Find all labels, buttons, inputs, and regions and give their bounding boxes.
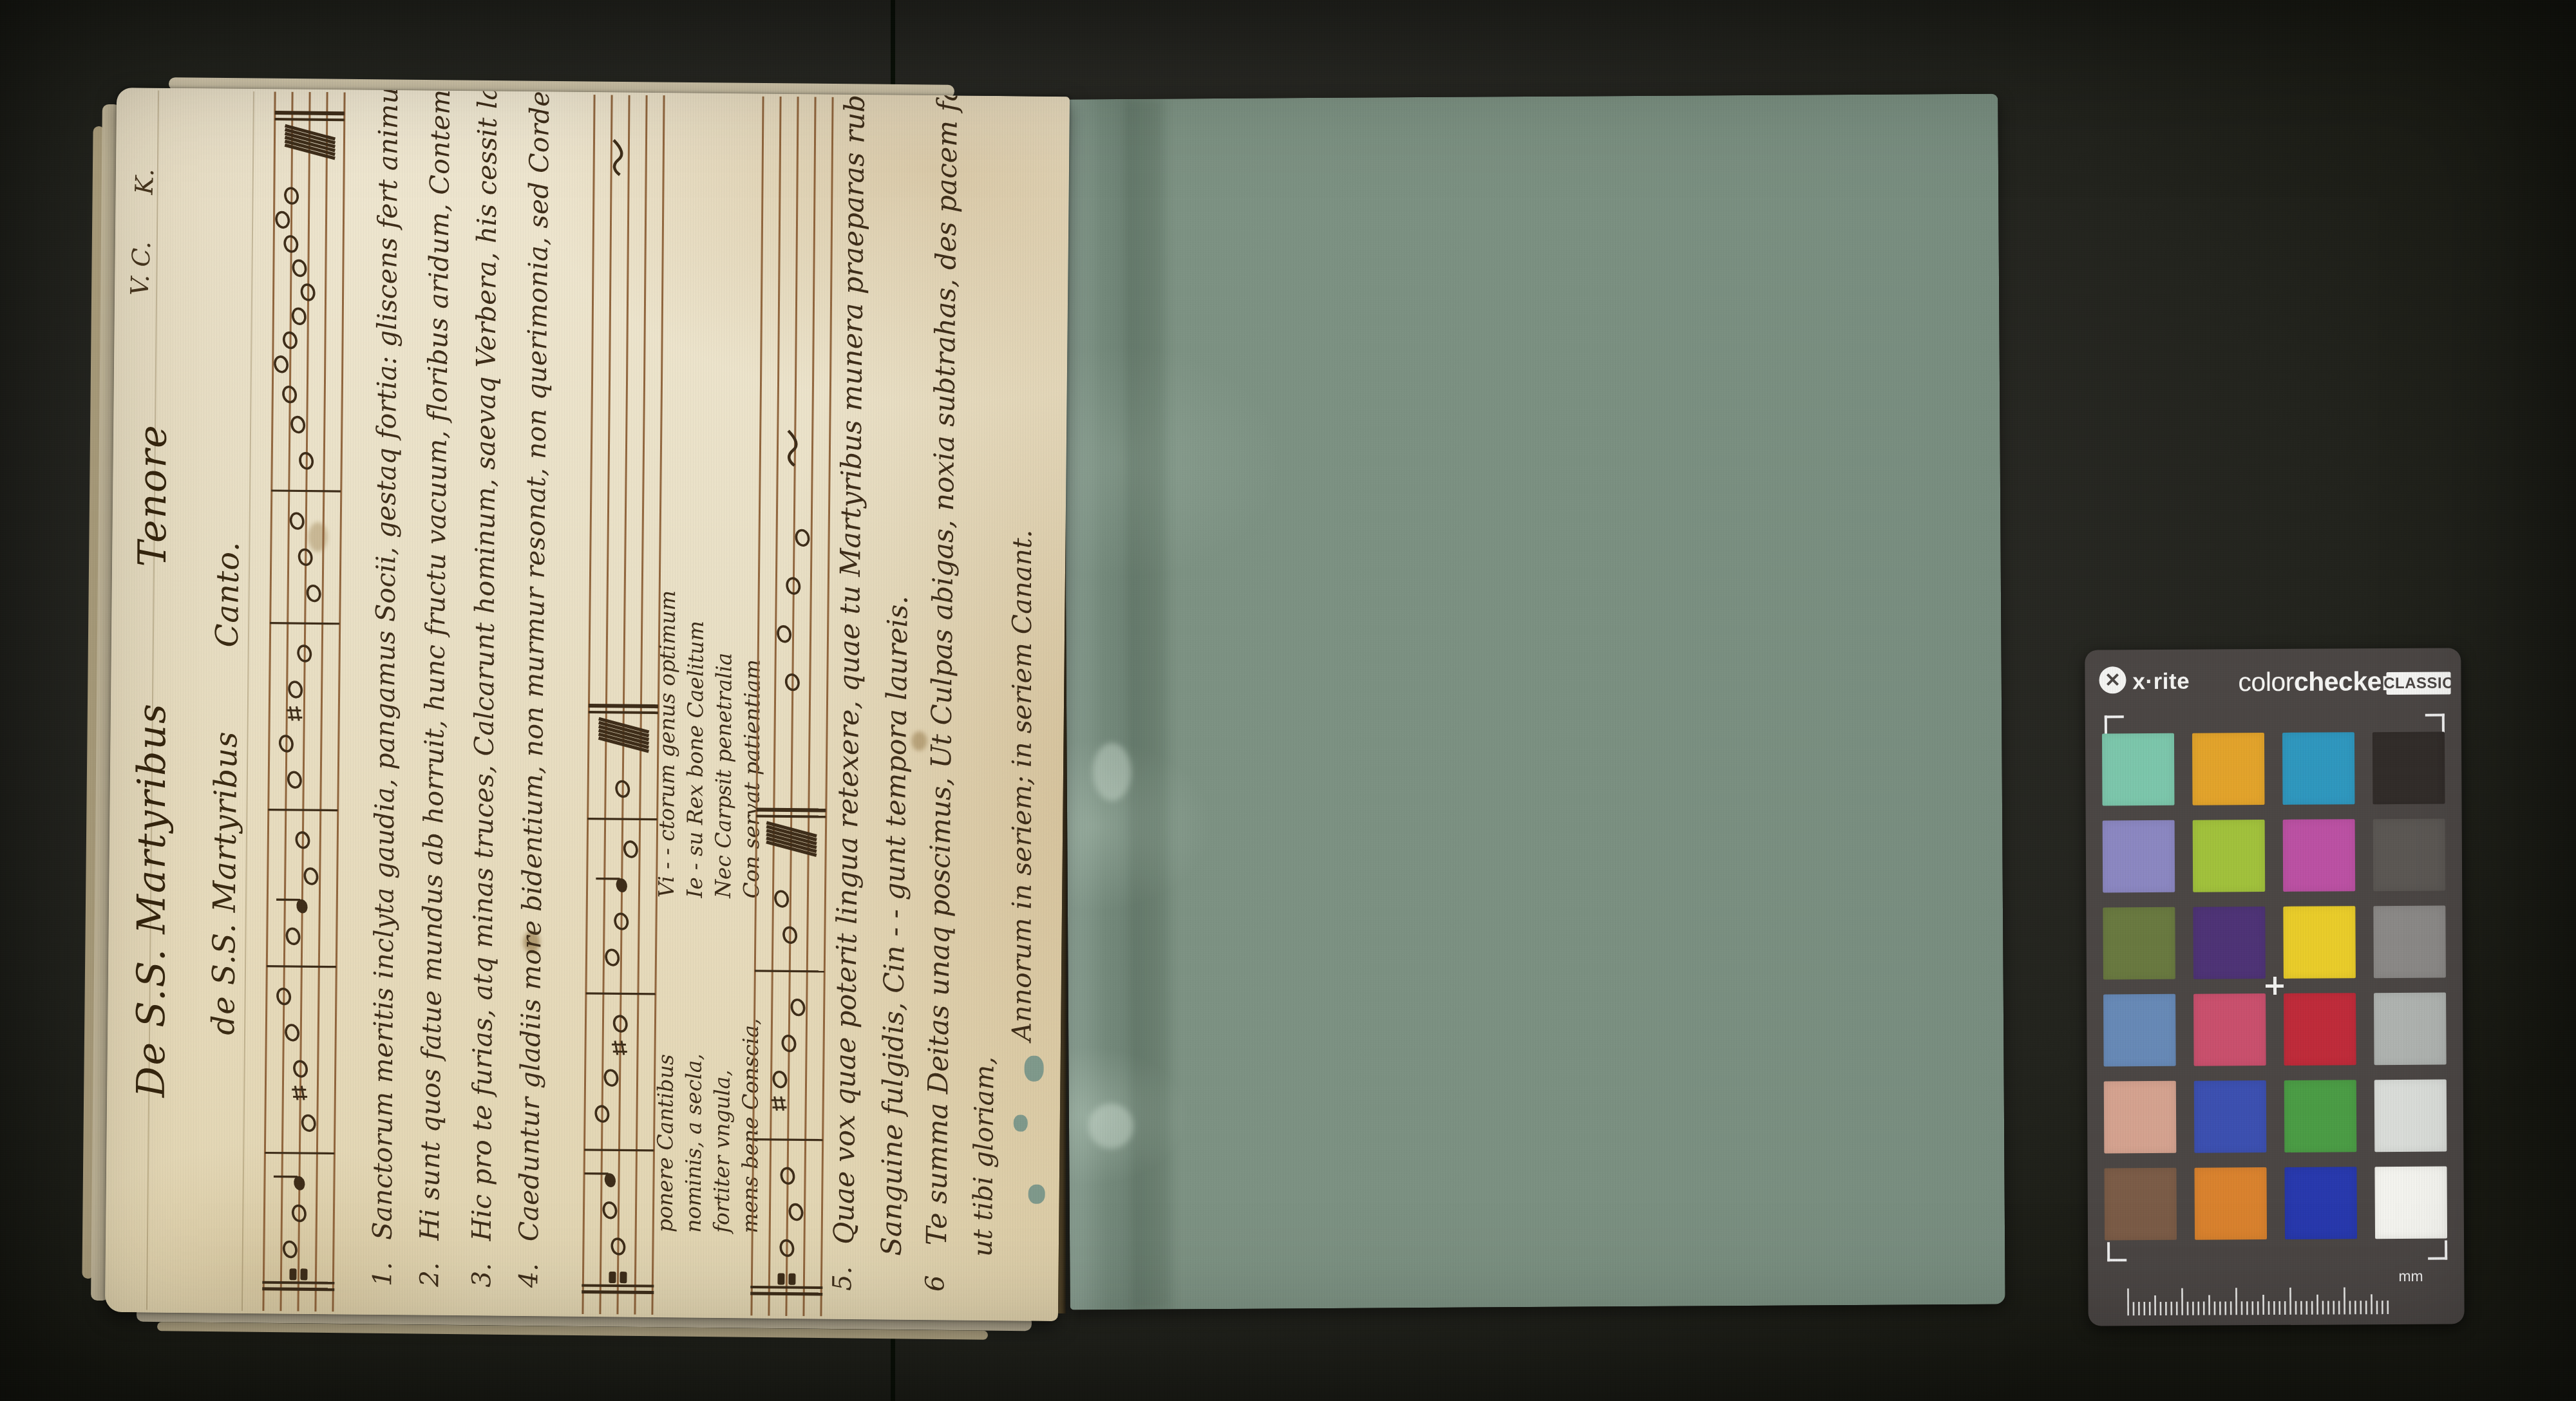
swatch-white [2374,1167,2447,1239]
verse-text: Te summa Deitas unaq poscimus, Ut Culpas… [921,88,965,1246]
verse-6: 6 Te summa Deitas unaq poscimus, Ut Culp… [920,88,965,1292]
swatch-blue-sky [2103,994,2176,1067]
continuation-right: Nec Carpsit penetralia [710,653,737,899]
swatch-black [2372,732,2445,805]
swatch-yellow [2283,906,2356,979]
verse-lines: 1.Sanctorum meritis inclyta gaudia, pang… [364,95,574,1288]
verse-6-final: Annorum in seriem; in seriem Canant. [1006,530,1037,1042]
crop-mark-icon [2428,1241,2447,1260]
crop-mark-icon [2105,715,2124,735]
xrite-brand-text: x·rite [2132,669,2190,695]
continuation-left: nominis, a secla, [681,898,707,1233]
swatch-dark-skin [2104,1168,2177,1241]
swatch-green [2284,1080,2357,1152]
swatch-light-skin [2104,1081,2177,1154]
swatch-orange [2194,1167,2267,1240]
crop-mark-icon [2107,1242,2126,1261]
center-cross-icon [2266,977,2284,995]
verse-number: 1. [368,1250,397,1286]
continuation-row: fortiter vngula,Nec Carpsit penetralia [709,591,740,1233]
verse-row: 1.Sanctorum meritis inclyta gaudia, pang… [366,95,422,1286]
continuation-right: Vi - - ctorum genus optimum [654,590,680,898]
continuation-row: ponere CantibusVi - - ctorum genus optim… [652,590,683,1232]
colorchecker-card: ✕ x·rite colorchecker CLASSIC mm [2085,648,2464,1326]
verse-row: 3.Hic pro te furias, atq minas truces, C… [466,96,522,1287]
xrite-logo-icon: ✕ [2099,666,2126,693]
swatch-purple [2193,907,2266,979]
mm-ruler [2125,1265,2391,1319]
continuation-right: Ie - su Rex bone Caelitum [682,621,708,898]
swatch-red [2284,993,2356,1066]
verse-text: Sanctorum meritis inclyta gaudia, pangam… [367,88,404,1240]
swatch-yellow-green [2193,820,2266,892]
swatch-bluish-green [2102,733,2175,806]
verse-number: 5. [828,1255,860,1291]
swatch-neutral-6.5 [2374,993,2447,1066]
photo-stage: V. C. K. De S.S. Martyribus Tenore de S.… [0,0,2576,1401]
swatch-orange-yellow [2192,733,2265,805]
colorchecker-title: colorchecker [2238,666,2391,697]
ink-blot [911,731,927,751]
swatch-neutral-5 [2373,906,2446,979]
marginalia: V. C. K. [126,168,160,296]
verse-number: 2. [415,1250,445,1286]
swatch-magenta [2283,819,2356,892]
verse-row: 4.Caeduntur gladiis more bidentium, non … [513,97,574,1288]
manuscript-page: V. C. K. De S.S. Martyribus Tenore de S.… [105,88,1070,1321]
classic-badge: CLASSIC [2386,672,2450,695]
music-staff-1 [257,91,359,1312]
swatch-foliage [2103,907,2175,980]
back-cover-page [1063,94,2005,1310]
verse-number: 4. [514,1252,544,1288]
swatch-blue-flower [2103,820,2175,893]
swatch-blue [2284,1167,2357,1239]
swatch-neutral-8 [2374,1080,2447,1152]
swatch-purplish-blue [2194,1080,2267,1153]
verse-number: 6 [920,1255,953,1292]
verse-row: 2.Hi sunt quos fatue mundus ab horruit, … [413,96,475,1288]
verse-text: Hic pro te furias, atq minas truces, Cal… [466,88,504,1241]
verse-number: 3. [467,1251,497,1287]
scuff-mark [1092,743,1132,801]
swatch-cyan [2282,732,2355,805]
continuation-row: nominis, a secla,Ie - su Rex bone Caelit… [681,590,712,1232]
swatch-moderate-red [2193,993,2266,1066]
rotated-page-content: V. C. K. De S.S. Martyribus Tenore de S.… [108,90,1067,1319]
swatch-neutral-3.5 [2373,819,2446,892]
crop-mark-icon [2425,714,2445,733]
continuation-left: ponere Cantibus [652,898,679,1232]
page-title-canto: de S.S. Martyribus Canto. [205,541,246,1035]
title-bold: checker [2294,666,2392,697]
continuation-left: fortiter vngula, [709,898,735,1233]
page-title-tenore: De S.S. Martyribus Tenore [129,424,176,1097]
scuff-mark [1088,1104,1133,1149]
title-light: color [2238,667,2294,697]
verse-5-continuation: Sanguine fulgidis, Cin - - gunt tempora … [876,596,914,1256]
ruler-unit-label: mm [2398,1268,2423,1285]
verse-6-continuation: ut tibi gloriam, [967,1057,1000,1257]
